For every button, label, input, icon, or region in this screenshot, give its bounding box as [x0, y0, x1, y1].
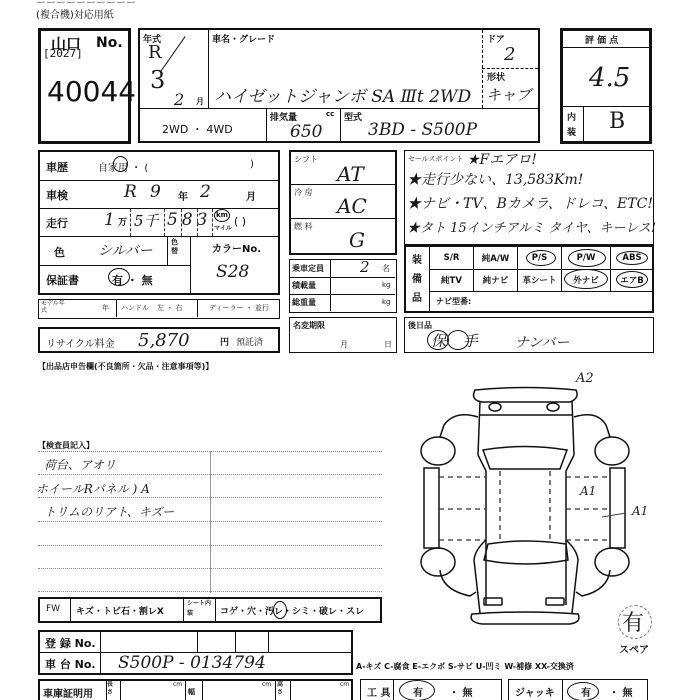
navi-model-label: ナビ型番:	[436, 296, 471, 307]
inspection-month: 2	[200, 182, 211, 202]
registration-box: 登 録 No. 車 台 No. S500P - 0134794	[38, 630, 353, 675]
inspection-month-label: 月	[246, 188, 256, 203]
year-slash	[160, 36, 186, 73]
history-close: )	[250, 159, 254, 170]
airbag-circle-mark	[616, 271, 648, 288]
inspector-notes-label: 【検査員記入】	[38, 440, 94, 451]
interior-label-1: 内	[567, 110, 576, 123]
gross-label: 総重量	[292, 297, 316, 308]
gross-unit: kg	[382, 298, 391, 306]
aircon-label: 冷 房	[294, 187, 313, 198]
year-era: R	[148, 42, 162, 63]
transfer-month: 月	[340, 339, 348, 350]
jack-label: ジャッキ	[515, 684, 555, 699]
sales-point-line-1: ★Fエアロ!	[467, 149, 537, 169]
inspection-year: 9	[150, 182, 161, 202]
color-label: 色	[54, 244, 65, 260]
equip-leather-seat: 革シート	[518, 269, 561, 291]
fuel-label: 燃 料	[294, 221, 313, 232]
garage-label: 車庫証明用	[43, 685, 93, 700]
door-value: 2	[504, 44, 515, 65]
garage-height-label: 高さ	[277, 681, 287, 697]
garage-length-unit: cm	[173, 681, 182, 688]
shape-value: キャブ	[486, 84, 531, 105]
door-divider	[482, 30, 483, 108]
sales-points-label: セールスポイント	[408, 154, 463, 164]
inspector-note-line-2: ホイールRパネル ) A	[36, 480, 150, 497]
equip-sunroof: S/R	[430, 247, 473, 269]
score-label: 評 価 点	[585, 33, 618, 46]
year-number: 3	[150, 66, 165, 94]
fw-options: キズ・トビ石・割レX	[76, 604, 164, 617]
garage-height-unit: cm	[340, 681, 349, 688]
km-circle-mark	[214, 209, 230, 222]
sales-points-box: セールスポイント ★Fエアロ! ★走行少ない、13,583Km! ★ナビ・TV、…	[404, 150, 654, 245]
recycle-status: 預託済	[236, 335, 263, 348]
vehicle-info-box: 年式 R 3 2 月 車名・グレード ハイゼットジャンボ SA Ⅲt 2WD ド…	[138, 28, 540, 143]
abs-circle-mark	[616, 251, 648, 265]
color-no-label: カラーNo.	[212, 240, 261, 255]
mileage-man: 1	[104, 210, 115, 230]
model-year-suffix: 年	[102, 303, 109, 313]
mileage-rest: 583	[167, 210, 211, 230]
displacement-unit: cc	[326, 110, 334, 118]
damage-mark-a2: A2	[575, 371, 594, 386]
sales-point-line-2: ★走行少ない、13,583Km!	[407, 169, 583, 189]
recycle-label: リサイクル料金	[46, 335, 115, 350]
inspection-era: R	[124, 182, 137, 202]
vehicle-name: ハイゼットジャンボ SA Ⅲt 2WD	[214, 82, 471, 107]
mileage-paren: ( )	[234, 215, 246, 228]
later-items-label: 後日品	[408, 320, 432, 331]
interior-score: B	[609, 109, 625, 134]
damage-mark-a1-side: A1	[631, 504, 648, 518]
recycle-unit: 円	[220, 335, 229, 348]
later-item-circle-1	[427, 330, 449, 350]
mileage-man-label: 万	[118, 215, 127, 228]
garage-width-unit: cm	[262, 681, 271, 688]
tools-label: 工 具	[367, 684, 390, 699]
spec-box: シフト AT 冷 房 AC 燃 料 G	[289, 150, 397, 255]
aircon-value: AC	[337, 194, 367, 218]
equipment-box: 装備品 S/R 純A/W P/S P/W ABS 純TV 純ナビ 革シート 外ナ…	[404, 245, 654, 313]
recycle-row: リサイクル料金 5,870 円 預託済	[38, 327, 280, 353]
lot-number: 40044	[47, 75, 136, 108]
equip-genuine-tv: 純TV	[430, 269, 473, 291]
transfer-day: 日	[384, 339, 392, 350]
recycle-value: 5,870	[138, 330, 190, 351]
mileage-label: 走行	[46, 215, 68, 231]
later-items-note: ナンバー	[515, 332, 569, 352]
name-label: 車名・グレード	[212, 32, 275, 45]
equip-genuine-aw: 純A/W	[474, 247, 517, 269]
capacity-box: 乗車定員 2 名 積載量 kg 総重量 kg	[289, 259, 397, 313]
damage-mark-a1-bed: A1	[579, 484, 596, 498]
chassis-number: S500P - 0134794	[118, 653, 266, 673]
equip-genuine-navi: 純ナビ	[474, 269, 517, 291]
history-label: 車歴	[46, 159, 68, 175]
color-value: シルバー	[98, 240, 153, 260]
inspector-note-line-1: 荷台、アオリ	[44, 456, 116, 473]
vehicle-history-box: 車歴 自家用 ・ ( ) 車検 R 9 年 2 月 走行 1 万 5千 583 …	[38, 150, 280, 295]
inspection-year-label: 年	[178, 188, 188, 203]
shift-value: AT	[337, 162, 364, 186]
transfer-deadline-box: 名変期限 月 日	[289, 317, 397, 353]
transfer-label: 名変期限	[293, 320, 325, 331]
navi-circle-mark	[564, 269, 608, 289]
tools-box: 工 具 有 ・ 無	[360, 679, 502, 700]
model-year-row: モデル年式 年 ハンドル 左 ・ 右 ディーラー ・ 並行	[38, 299, 280, 319]
ps-circle-mark	[526, 250, 556, 266]
model-label: 型式	[344, 110, 362, 123]
shift-label: シフト	[294, 154, 318, 165]
drive-options: 2WD ・ 4WD	[162, 121, 233, 137]
inspector-note-line-3: トリムのリアト、キズー	[44, 503, 174, 520]
chassis-label: 車 台 No.	[45, 656, 96, 672]
registration-label: 登 録 No.	[45, 635, 96, 651]
rear-bumper-shape	[474, 388, 578, 403]
passengers-unit: 名	[382, 263, 390, 274]
fuel-value: G	[349, 228, 365, 252]
sales-point-line-4: ★タト 15インチアルミ タイヤ、キーレス!	[407, 217, 656, 236]
damage-legend: A-キズ C-腐食 E-エクボ S-サビ U-凹ミ W-補修 XX-交換済	[356, 661, 574, 672]
model-year-label: モデル年式	[41, 300, 67, 314]
mileage-unit-mile: マイル	[214, 223, 232, 232]
tools-yes-circle	[399, 680, 435, 700]
model-value: 3BD - S500P	[368, 120, 477, 140]
seller-notes-label: 【出品店申告欄(不良箇所・欠品・注意事項等)】	[38, 361, 213, 372]
lot-no-label: No.	[96, 35, 123, 51]
condition-legend-row: FW キズ・トビ石・割レX シート内装 コゲ・穴・汚レ・シミ・破レ・スレ	[38, 597, 382, 623]
mileage-thousands: 5千	[134, 210, 159, 231]
score-box: 評 価 点 4.5 内 装 B	[560, 28, 652, 144]
vehicle-front-diagram	[400, 540, 700, 640]
passengers-label: 乗車定員	[292, 263, 324, 274]
jack-yes-circle	[567, 682, 599, 700]
history-circle-mark	[113, 156, 128, 172]
shape-label: 形状	[487, 70, 505, 83]
load-unit: kg	[382, 281, 391, 289]
month-label: 月	[196, 96, 204, 107]
color-change-label: 色替	[171, 238, 179, 256]
warranty-yes-circle	[108, 268, 130, 286]
handle-options: 左 ・ 右	[157, 303, 182, 313]
displacement-value: 650	[290, 122, 322, 142]
seat-options: コゲ・穴・汚レ・シミ・破レ・スレ	[220, 604, 364, 617]
pw-circle-mark	[568, 249, 606, 267]
stain-circle-mark	[273, 601, 287, 619]
interior-label-2: 装	[567, 125, 576, 138]
later-items-box: 後日品 保 手 ナンバー	[404, 317, 654, 353]
lot-number-box: 山口 No. [2027] 40044	[38, 28, 131, 144]
inspection-label: 車検	[46, 187, 68, 203]
spare-label: スペア	[619, 641, 649, 656]
session-number: [2027]	[43, 47, 83, 60]
tools-no: ・ 無	[449, 684, 472, 699]
score-value: 4.5	[589, 63, 630, 93]
garage-cert-row: 車庫証明用 長さ cm 幅 cm 高さ cm	[38, 679, 353, 700]
dealer-options: ディーラー ・ 並行	[209, 303, 269, 313]
warranty-label: 保証書	[46, 272, 79, 288]
jack-no: ・ 無	[609, 684, 632, 699]
load-label: 積載量	[292, 280, 316, 291]
equipment-label: 装備品	[412, 251, 422, 308]
garage-length-label: 長さ	[107, 681, 117, 697]
door-label: ドア	[487, 32, 505, 45]
seat-label: シート内装	[187, 599, 211, 619]
garage-width-label: 幅	[188, 687, 195, 697]
handle-label: ハンドル	[121, 303, 149, 313]
month-number: 2	[174, 90, 184, 109]
jack-box: ジャッキ 有 ・ 無	[508, 679, 648, 700]
fw-label: FW	[46, 604, 60, 614]
later-item-circle-2	[447, 330, 469, 350]
sales-point-line-3: ★ナビ・TV、Bカメラ、ドレコ、ETC!	[407, 193, 653, 213]
form-note: (複合機)対応用紙	[36, 6, 114, 21]
passengers-value: 2	[360, 258, 370, 276]
color-no-value: S28	[216, 262, 249, 282]
spare-value: 有	[622, 606, 644, 637]
